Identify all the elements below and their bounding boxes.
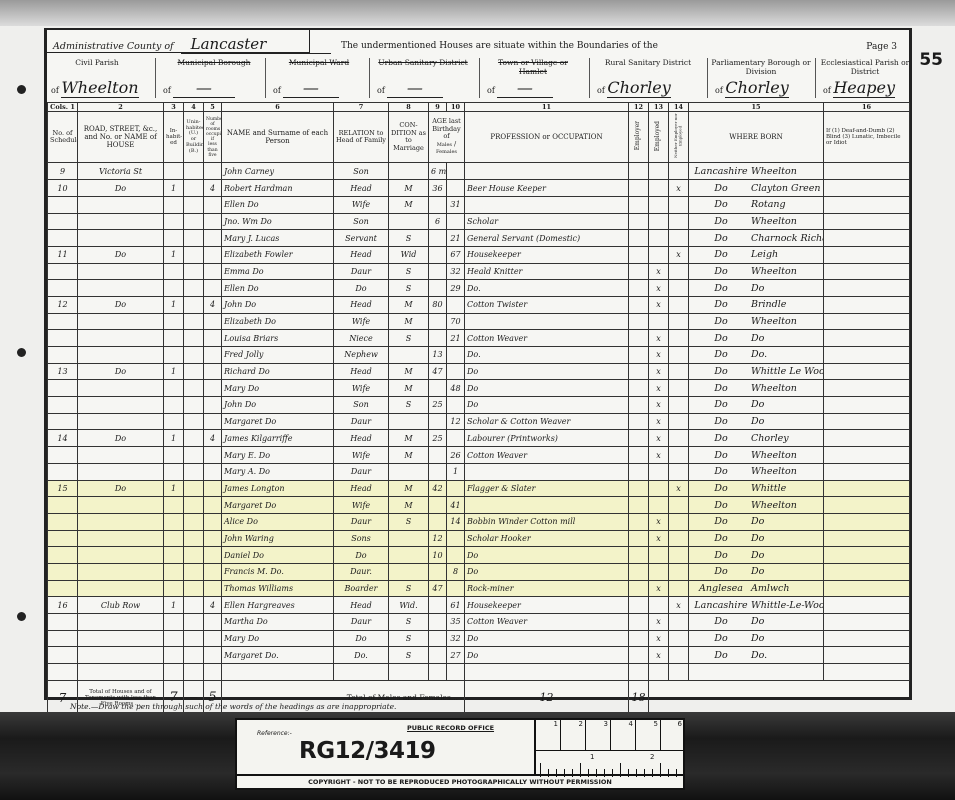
- where-born: DoDo: [689, 563, 824, 580]
- schedule-number: [48, 263, 78, 280]
- neither-mark: [669, 530, 689, 547]
- schedule-number: [48, 313, 78, 330]
- census-row: 9Victoria StJohn CarneySon6 monthsLancas…: [48, 163, 910, 180]
- district-rural-sanitary: Rural Sanitary District of Chorley: [593, 52, 703, 102]
- neither-mark: [669, 614, 689, 631]
- person-name: Louisa Briars: [222, 330, 334, 347]
- person-name: Margaret Do: [222, 497, 334, 514]
- census-row: Fred JollyNephew13Do.xDoDo.: [48, 347, 910, 364]
- age-female: [447, 213, 465, 230]
- employer-mark: [629, 463, 649, 480]
- person-name: [222, 664, 334, 681]
- occupation: Do: [465, 630, 629, 647]
- where-born: DoWhittle: [689, 480, 824, 497]
- employed-mark: x: [649, 530, 669, 547]
- neither-mark: [669, 664, 689, 681]
- census-row: Francis M. Do.Daur.8DoDoDo: [48, 563, 910, 580]
- header-condition: CON-DITION as to Marriage: [389, 112, 429, 163]
- neither-mark: [669, 313, 689, 330]
- relation: Daur.: [334, 563, 389, 580]
- uninhabited: [184, 530, 204, 547]
- occupation: Cotton Weaver: [465, 330, 629, 347]
- district-town-village: Town or Village or Hamlet of —: [483, 52, 583, 102]
- age-female: 29: [447, 280, 465, 297]
- census-row: Ellen DoDoS29Do.xDoDo: [48, 280, 910, 297]
- age-female: 14: [447, 513, 465, 530]
- condition: M: [389, 480, 429, 497]
- occupation: Scholar: [465, 213, 629, 230]
- census-scan: 55 Administrative County of Lancaster Th…: [0, 0, 955, 720]
- employer-mark: [629, 263, 649, 280]
- occupation: Rock-miner: [465, 580, 629, 597]
- where-born: [689, 664, 824, 681]
- infirmity: [824, 597, 910, 614]
- census-row: Mary E. DoWifeM26Cotton WeaverxDoWheelto…: [48, 447, 910, 464]
- schedule-number: [48, 463, 78, 480]
- employed-mark: [649, 213, 669, 230]
- road-name: Victoria St: [78, 163, 164, 180]
- census-row: Margaret Do.Do.S27DoxDoDo.: [48, 647, 910, 664]
- rooms: [204, 380, 222, 397]
- folio-number: 55: [919, 50, 943, 70]
- census-row: 11Do1Elizabeth FowlerHeadWid67Housekeepe…: [48, 246, 910, 263]
- employed-mark: [649, 163, 669, 180]
- person-name: Ellen Do: [222, 196, 334, 213]
- schedule-number: 12: [48, 296, 78, 313]
- header-employed: Employed: [649, 112, 669, 163]
- rooms: [204, 647, 222, 664]
- neither-mark: x: [669, 597, 689, 614]
- road-name: Do: [78, 430, 164, 447]
- rooms: [204, 463, 222, 480]
- employer-mark: [629, 213, 649, 230]
- relation: Wife: [334, 380, 389, 397]
- header-occupation: PROFESSION or OCCUPATION: [465, 112, 629, 163]
- census-row: Mary A. DoDaur1DoWheelton: [48, 463, 910, 480]
- road-name: [78, 213, 164, 230]
- person-name: Daniel Do: [222, 547, 334, 564]
- neither-mark: [669, 263, 689, 280]
- age-male: [429, 263, 447, 280]
- age-female: 8: [447, 563, 465, 580]
- district-headers: Civil Parish of Wheelton Municipal Borou…: [47, 52, 909, 103]
- occupation: Cotton Weaver: [465, 447, 629, 464]
- relation: Boarder: [334, 580, 389, 597]
- inhabited: [164, 163, 184, 180]
- neither-mark: [669, 230, 689, 247]
- inhabited: 1: [164, 480, 184, 497]
- infirmity: [824, 430, 910, 447]
- rooms: [204, 213, 222, 230]
- occupation: General Servant (Domestic): [465, 230, 629, 247]
- employer-mark: [629, 397, 649, 414]
- infirmity: [824, 313, 910, 330]
- age-male: [429, 497, 447, 514]
- header-age-males: AGE last Birthday ofMales / Females: [429, 112, 465, 163]
- where-born: DoRotang: [689, 196, 824, 213]
- road-name: [78, 497, 164, 514]
- inhabited: 1: [164, 246, 184, 263]
- age-female: 67: [447, 246, 465, 263]
- schedule-number: 10: [48, 180, 78, 197]
- occupation: Flagger & Slater: [465, 480, 629, 497]
- relation: Do: [334, 630, 389, 647]
- occupation: [465, 196, 629, 213]
- infirmity: [824, 397, 910, 414]
- age-female: [447, 547, 465, 564]
- header-road: ROAD, STREET, &c., and No. or NAME of HO…: [78, 112, 164, 163]
- occupation: Beer House Keeper: [465, 180, 629, 197]
- employed-mark: x: [649, 347, 669, 364]
- employer-mark: [629, 413, 649, 430]
- age-female: 70: [447, 313, 465, 330]
- neither-mark: [669, 330, 689, 347]
- condition: [389, 530, 429, 547]
- relation: Daur: [334, 614, 389, 631]
- road-name: [78, 647, 164, 664]
- where-born: LancashireWhittle-Le-Woods: [689, 597, 824, 614]
- rooms: [204, 196, 222, 213]
- inhabited: [164, 196, 184, 213]
- rooms: 4: [204, 597, 222, 614]
- schedule-number: [48, 347, 78, 364]
- inhabited: [164, 230, 184, 247]
- census-row: 15Do1James LongtonHeadM42Flagger & Slate…: [48, 480, 910, 497]
- sheet-header-top: Administrative County of Lancaster The u…: [47, 30, 909, 52]
- person-name: James Longton: [222, 480, 334, 497]
- neither-mark: [669, 580, 689, 597]
- occupation: Scholar & Cotton Weaver: [465, 413, 629, 430]
- age-male: 47: [429, 363, 447, 380]
- uninhabited: [184, 664, 204, 681]
- condition: S: [389, 280, 429, 297]
- employer-mark: [629, 580, 649, 597]
- where-born: DoCharnock Richard: [689, 230, 824, 247]
- condition: [389, 463, 429, 480]
- age-male: 6: [429, 213, 447, 230]
- relation: Daur: [334, 263, 389, 280]
- rooms: 4: [204, 430, 222, 447]
- neither-mark: [669, 296, 689, 313]
- condition: S: [389, 614, 429, 631]
- employer-mark: [629, 313, 649, 330]
- header-infirmity: If (1) Deaf-and-Dumb (2) Blind (3) Lunat…: [824, 112, 910, 163]
- census-row: Emma DoDaurS32Heald KnitterxDoWheelton: [48, 263, 910, 280]
- punch-hole: [17, 85, 26, 94]
- uninhabited: [184, 363, 204, 380]
- road-name: [78, 380, 164, 397]
- condition: S: [389, 263, 429, 280]
- neither-mark: [669, 563, 689, 580]
- employer-mark: [629, 347, 649, 364]
- age-female: [447, 430, 465, 447]
- employer-mark: [629, 597, 649, 614]
- uninhabited: [184, 597, 204, 614]
- punch-hole: [17, 612, 26, 621]
- road-name: [78, 614, 164, 631]
- census-row: John DoSonS25DoxDoDo: [48, 397, 910, 414]
- neither-mark: [669, 413, 689, 430]
- occupation: Do.: [465, 347, 629, 364]
- infirmity: [824, 497, 910, 514]
- condition: Wid.: [389, 597, 429, 614]
- road-name: [78, 630, 164, 647]
- occupation: Housekeeper: [465, 246, 629, 263]
- person-name: Alice Do: [222, 513, 334, 530]
- infirmity: [824, 230, 910, 247]
- condition: M: [389, 447, 429, 464]
- census-table: Cols. 12345678910111213141516 No. of Sch…: [47, 102, 910, 716]
- infirmity: [824, 547, 910, 564]
- age-male: [429, 597, 447, 614]
- public-record-office: PUBLIC RECORD OFFICE: [407, 724, 494, 732]
- infirmity: [824, 563, 910, 580]
- age-female: 32: [447, 263, 465, 280]
- infirmity: [824, 614, 910, 631]
- where-born: DoChorley: [689, 430, 824, 447]
- employed-mark: [649, 196, 669, 213]
- column-headers-row: No. of Schedule ROAD, STREET, &c., and N…: [48, 112, 910, 163]
- condition: [389, 547, 429, 564]
- relation: Head: [334, 597, 389, 614]
- schedule-number: [48, 630, 78, 647]
- road-name: [78, 397, 164, 414]
- age-female: [447, 180, 465, 197]
- schedule-number: [48, 230, 78, 247]
- age-male: [429, 664, 447, 681]
- where-born: DoDo: [689, 530, 824, 547]
- where-born: DoClayton Green: [689, 180, 824, 197]
- inhabited: [164, 463, 184, 480]
- employed-mark: [649, 230, 669, 247]
- person-name: John Waring: [222, 530, 334, 547]
- infirmity: [824, 530, 910, 547]
- road-name: [78, 513, 164, 530]
- age-male: [429, 463, 447, 480]
- rooms: [204, 397, 222, 414]
- neither-mark: [669, 213, 689, 230]
- relation: Do: [334, 280, 389, 297]
- neither-mark: x: [669, 480, 689, 497]
- person-name: Margaret Do.: [222, 647, 334, 664]
- census-row: Mary J. LucasServantS21General Servant (…: [48, 230, 910, 247]
- uninhabited: [184, 330, 204, 347]
- relation: Daur: [334, 513, 389, 530]
- road-name: [78, 530, 164, 547]
- age-female: [447, 363, 465, 380]
- condition: [389, 347, 429, 364]
- uninhabited: [184, 413, 204, 430]
- relation: Niece: [334, 330, 389, 347]
- schedule-number: 14: [48, 430, 78, 447]
- schedule-number: [48, 397, 78, 414]
- neither-mark: [669, 380, 689, 397]
- occupation: Labourer (Printworks): [465, 430, 629, 447]
- relation: Head: [334, 180, 389, 197]
- infirmity: [824, 180, 910, 197]
- schedule-number: [48, 614, 78, 631]
- uninhabited: [184, 246, 204, 263]
- infirmity: [824, 263, 910, 280]
- age-male: 25: [429, 397, 447, 414]
- scan-shadow: [0, 0, 955, 26]
- employed-mark: x: [649, 280, 669, 297]
- rooms: [204, 664, 222, 681]
- age-male: [429, 196, 447, 213]
- schedule-number: [48, 280, 78, 297]
- age-female: 12: [447, 413, 465, 430]
- schedule-number: [48, 213, 78, 230]
- uninhabited: [184, 313, 204, 330]
- age-male: [429, 330, 447, 347]
- condition: [389, 163, 429, 180]
- inhabited: [164, 380, 184, 397]
- header-neither: Neither Employer nor Employed: [669, 112, 689, 163]
- district-civil-parish: Civil Parish of Wheelton: [47, 52, 147, 102]
- header-rooms: Number of rooms occupied if less than fi…: [204, 112, 222, 163]
- occupation: Scholar Hooker: [465, 530, 629, 547]
- infirmity: [824, 580, 910, 597]
- rooms: [204, 630, 222, 647]
- scale-ruler: 1 2 3 4 5 6 1 2: [534, 720, 685, 776]
- where-born: DoDo: [689, 630, 824, 647]
- condition: S: [389, 513, 429, 530]
- road-name: [78, 463, 164, 480]
- condition: M: [389, 380, 429, 397]
- uninhabited: [184, 497, 204, 514]
- neither-mark: [669, 647, 689, 664]
- employer-mark: [629, 547, 649, 564]
- neither-mark: [669, 513, 689, 530]
- employed-mark: x: [649, 363, 669, 380]
- infirmity: [824, 330, 910, 347]
- person-name: Mary Do: [222, 380, 334, 397]
- uninhabited: [184, 347, 204, 364]
- occupation: Cotton Weaver: [465, 614, 629, 631]
- schedule-number: 13: [48, 363, 78, 380]
- age-male: 12: [429, 530, 447, 547]
- district-ecclesiastical: Ecclesiastical Parish or District of Hea…: [819, 52, 911, 102]
- schedule-number: 16: [48, 597, 78, 614]
- schedule-number: 15: [48, 480, 78, 497]
- employed-mark: [649, 597, 669, 614]
- census-row: Elizabeth DoWifeM70DoWheelton: [48, 313, 910, 330]
- where-born: DoWhittle Le Woods: [689, 363, 824, 380]
- person-name: Mary E. Do: [222, 447, 334, 464]
- person-name: Ellen Hargreaves: [222, 597, 334, 614]
- person-name: James Kilgarriffe: [222, 430, 334, 447]
- infirmity: [824, 413, 910, 430]
- employer-mark: [629, 647, 649, 664]
- census-row: 12Do14John DoHeadM80Cotton TwisterxDoBri…: [48, 296, 910, 313]
- age-male: 13: [429, 347, 447, 364]
- inhabited: [164, 280, 184, 297]
- employer-mark: [629, 497, 649, 514]
- neither-mark: [669, 430, 689, 447]
- header-uninhabited: Unin-habited (U.) or Building (B.): [184, 112, 204, 163]
- occupation: Do.: [465, 280, 629, 297]
- intro-text: The undermentioned Houses are situate wi…: [341, 41, 658, 51]
- occupation: Do: [465, 547, 629, 564]
- person-name: Richard Do: [222, 363, 334, 380]
- person-name: Margaret Do: [222, 413, 334, 430]
- person-name: Mary A. Do: [222, 463, 334, 480]
- person-name: John Carney: [222, 163, 334, 180]
- infirmity: [824, 163, 910, 180]
- condition: M: [389, 363, 429, 380]
- neither-mark: x: [669, 180, 689, 197]
- occupation: [465, 163, 629, 180]
- schedule-number: [48, 563, 78, 580]
- age-female: [447, 480, 465, 497]
- where-born: DoWheelton: [689, 313, 824, 330]
- employed-mark: x: [649, 296, 669, 313]
- age-female: 35: [447, 614, 465, 631]
- employer-mark: [629, 246, 649, 263]
- schedule-number: 9: [48, 163, 78, 180]
- page-label: Page 3: [866, 42, 897, 52]
- uninhabited: [184, 480, 204, 497]
- uninhabited: [184, 614, 204, 631]
- punch-hole: [17, 348, 26, 357]
- uninhabited: [184, 230, 204, 247]
- schedule-number: [48, 380, 78, 397]
- where-born: DoWheelton: [689, 463, 824, 480]
- age-female: 1: [447, 463, 465, 480]
- occupation: [465, 497, 629, 514]
- neither-mark: [669, 363, 689, 380]
- inhabited: 1: [164, 430, 184, 447]
- schedule-number: [48, 530, 78, 547]
- census-sheet: Administrative County of Lancaster The u…: [44, 28, 912, 700]
- census-row: Alice DoDaurS14Bobbin Winder Cotton mill…: [48, 513, 910, 530]
- relation: Head: [334, 363, 389, 380]
- schedule-number: [48, 330, 78, 347]
- inhabited: [164, 664, 184, 681]
- person-name: Elizabeth Do: [222, 313, 334, 330]
- census-row: Louisa BriarsNieceS21Cotton WeaverxDoDo: [48, 330, 910, 347]
- uninhabited: [184, 213, 204, 230]
- age-male: [429, 413, 447, 430]
- employer-mark: [629, 180, 649, 197]
- census-row: Margaret DoDaur12Scholar & Cotton Weaver…: [48, 413, 910, 430]
- employed-mark: x: [649, 330, 669, 347]
- census-row: Ellen DoWifeM31DoRotang: [48, 196, 910, 213]
- age-female: [447, 664, 465, 681]
- road-name: [78, 580, 164, 597]
- employed-mark: x: [649, 397, 669, 414]
- where-born: DoDo: [689, 547, 824, 564]
- employed-mark: x: [649, 413, 669, 430]
- infirmity: [824, 347, 910, 364]
- employed-mark: [649, 180, 669, 197]
- relation: Head: [334, 296, 389, 313]
- census-row: 13Do1Richard DoHeadM47DoxDoWhittle Le Wo…: [48, 363, 910, 380]
- neither-mark: [669, 630, 689, 647]
- road-name: [78, 413, 164, 430]
- neither-mark: [669, 347, 689, 364]
- rooms: 4: [204, 296, 222, 313]
- person-name: Ellen Do: [222, 280, 334, 297]
- relation: Wife: [334, 196, 389, 213]
- infirmity: [824, 196, 910, 213]
- road-name: [78, 563, 164, 580]
- neither-mark: [669, 447, 689, 464]
- age-male: [429, 380, 447, 397]
- age-male: [429, 230, 447, 247]
- schedule-number: [48, 196, 78, 213]
- age-male: 42: [429, 480, 447, 497]
